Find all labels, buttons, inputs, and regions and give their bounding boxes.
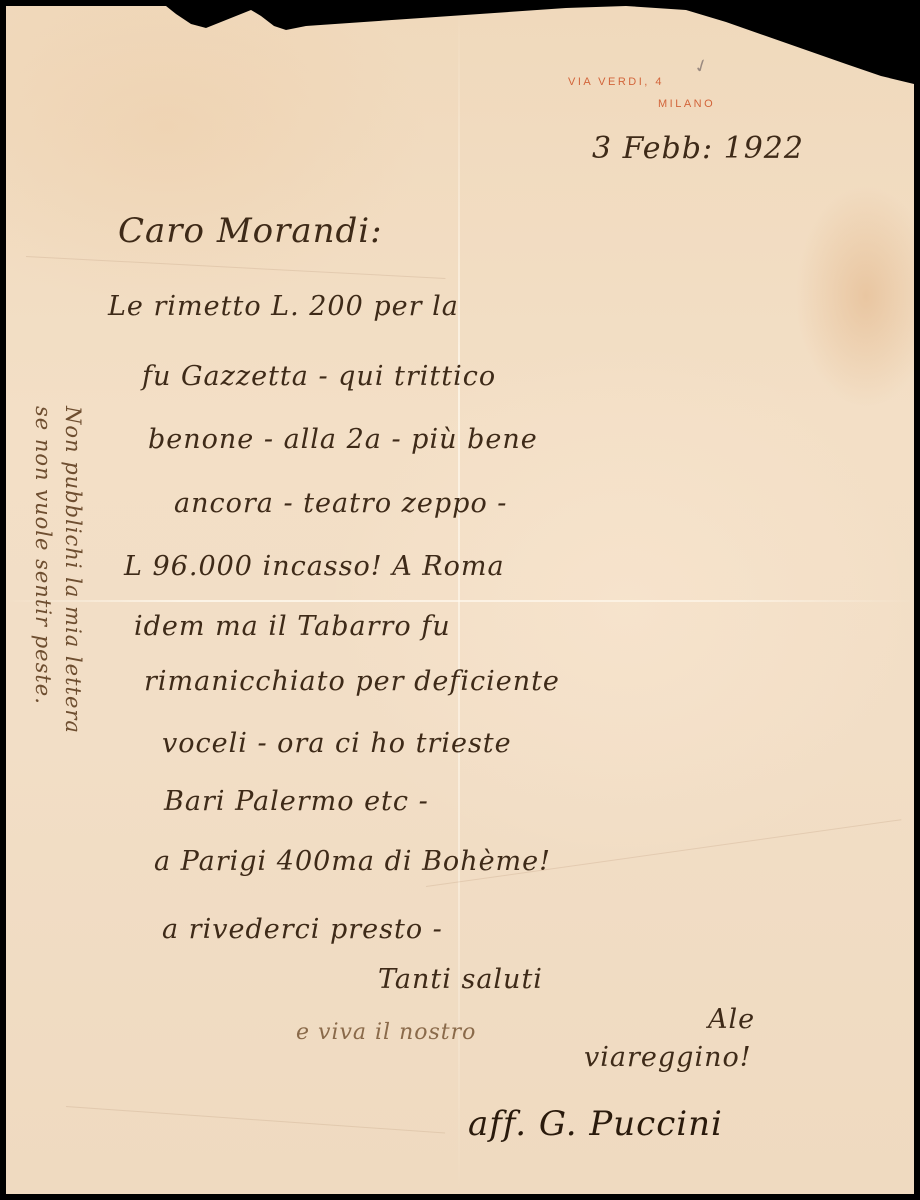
body-line: idem ma il Tabarro fu — [134, 611, 451, 642]
body-line: fu Gazzetta - qui trittico — [142, 361, 496, 392]
letterhead-city: MILANO — [658, 98, 715, 110]
vertical-fold — [458, 6, 460, 1194]
body-line: ancora - teatro zeppo - — [174, 488, 507, 519]
body-line: voceli - ora ci ho trieste — [162, 728, 512, 759]
body-line: L 96.000 incasso! A Roma — [124, 551, 505, 582]
letter-date: 3 Febb: 1922 — [592, 131, 804, 166]
horizontal-fold — [6, 600, 914, 602]
closing-exclamation-2: viareggino! — [584, 1042, 752, 1073]
letter-paper: ✓ VIA VERDI, 4 MILANO 3 Febb: 1922 Caro … — [6, 6, 914, 1194]
closing-exclamation-1: Ale — [708, 1004, 755, 1035]
body-line: a rivederci presto - — [162, 914, 443, 945]
paper-crease — [66, 1106, 445, 1134]
closing-faint-line: e viva il nostro — [296, 1020, 476, 1045]
scan-border: ✓ VIA VERDI, 4 MILANO 3 Febb: 1922 Caro … — [0, 0, 920, 1200]
body-line: Bari Palermo etc - — [164, 786, 429, 817]
margin-note: Non pubblichi la mia lettera se non vuol… — [28, 406, 88, 734]
margin-note-line-2: se non vuole sentir peste. — [28, 406, 58, 734]
signature: aff. G. Puccini — [468, 1104, 723, 1144]
pencil-check-mark: ✓ — [691, 54, 712, 79]
salutation: Caro Morandi: — [118, 211, 383, 251]
body-line: Le rimetto L. 200 per la — [108, 291, 459, 322]
body-line: benone - alla 2a - più bene — [148, 424, 538, 455]
letterhead-address: VIA VERDI, 4 — [568, 76, 664, 88]
paper-crease — [26, 256, 445, 279]
body-line: a Parigi 400ma di Bohème! — [154, 846, 551, 877]
margin-note-line-1: Non pubblichi la mia lettera — [58, 406, 88, 734]
body-line: rimanicchiato per deficiente — [144, 666, 560, 697]
closing-greeting: Tanti saluti — [378, 964, 543, 995]
